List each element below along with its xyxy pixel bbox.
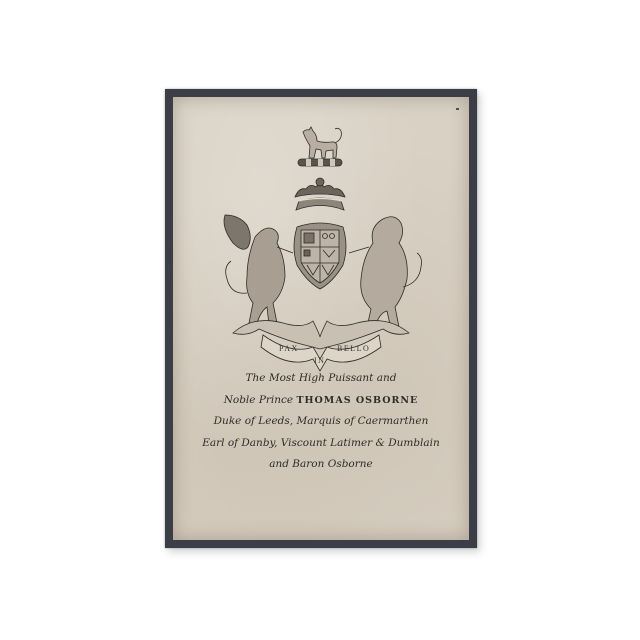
aged-paper: PAX IN BELLO The Most High Puissant and … xyxy=(173,97,469,540)
ducal-coronet-icon xyxy=(295,178,345,210)
motto-word-1: PAX xyxy=(279,344,299,353)
lion-supporter-icon xyxy=(349,217,422,329)
mantling-scrolls-icon xyxy=(233,321,409,349)
picture-frame: PAX IN BELLO The Most High Puissant and … xyxy=(165,89,477,548)
motto-word-2: IN xyxy=(314,356,325,365)
dedication-line-3: Duke of Leeds, Marquis of Caermarthen xyxy=(173,416,469,438)
griffin-supporter-icon xyxy=(224,215,293,325)
dedication-line-1: The Most High Puissant and xyxy=(173,373,469,395)
motto-word-3: BELLO xyxy=(337,344,370,353)
dedication-line-2-prefix: Noble Prince xyxy=(224,394,293,406)
dedication-line-5: and Baron Osborne xyxy=(173,459,469,481)
crest-stag-icon xyxy=(298,127,342,166)
dedication-name: THOMAS OSBORNE xyxy=(296,395,418,406)
dedication-line-4: Earl of Danby, Viscount Latimer & Dumbla… xyxy=(173,438,469,460)
dedication-line-2: Noble Prince THOMAS OSBORNE xyxy=(173,395,469,417)
dedication-inscription: The Most High Puissant and Noble Prince … xyxy=(173,373,469,481)
shield-icon xyxy=(294,223,346,289)
